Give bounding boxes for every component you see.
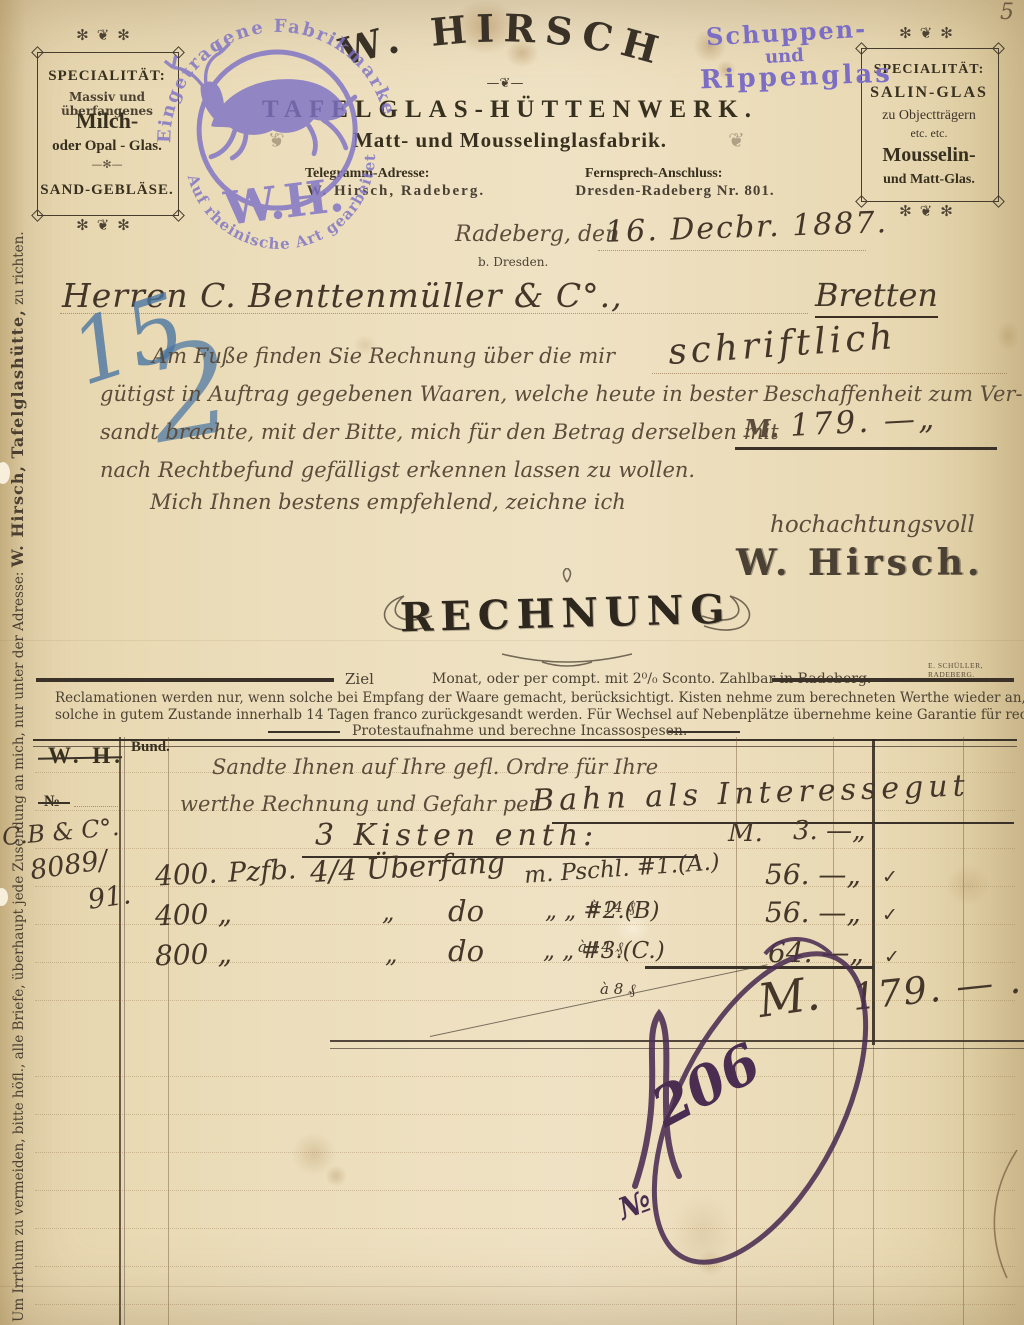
oval-number: 206 [640, 1030, 770, 1140]
sidebar-note-company: W. Hirsch, Tafelglashütte, [8, 309, 27, 567]
terms-ziel: Ziel [345, 670, 374, 688]
ship-line1: Sandte Ihnen auf Ihre gefl. Ordre für Ih… [212, 755, 658, 779]
row3-qty: 800 „ [154, 937, 232, 973]
no-ruling [74, 806, 118, 807]
row2-detail: „ „ #2.(B) [545, 898, 660, 924]
row3-size: do [448, 934, 484, 968]
sidebar-address-note: Um Irrthum zu vermeiden, bitte höfl., al… [8, 262, 27, 1322]
dateline-handwritten: 16. Decbr. 1887. [604, 205, 888, 250]
flourish-right-icon: ❦ [728, 128, 745, 152]
sidebar-note-prefix: Um Irrthum zu vermeiden, bitte höfl., al… [11, 567, 27, 1322]
recipient-city: Bretten [815, 276, 938, 318]
letter-line1-ruling [652, 373, 1007, 374]
letter-line5: Mich Ihnen bestens empfehlend, zeichne i… [150, 490, 626, 514]
paper-nick [0, 888, 8, 906]
row2-qty: 400 „ [154, 897, 232, 933]
ship-mode-underline [552, 822, 1014, 824]
paper-stain [992, 314, 1024, 358]
factory-stamp: Eingetragene Fabrikmarke Auf rheinische … [134, 0, 423, 277]
letter-closing: hochachtungsvoll [770, 512, 975, 538]
ornament-under-name: —❦— [440, 76, 570, 91]
table-column-line [168, 737, 169, 1325]
dateline-printed: Radeberg, den [455, 222, 619, 247]
specialty-right-line4: Mousselin- [864, 144, 994, 167]
row1-qty: 400. [154, 856, 218, 892]
row3-unit: „ [385, 940, 397, 968]
purple-oval-annotation: 206 № [595, 928, 955, 1293]
terms-line2: Reclamationen werden nur, wenn solche be… [55, 690, 1024, 706]
terms-line3: solche in gutem Zustande innerhalb 14 Ta… [55, 707, 1024, 723]
paper-stain [320, 1160, 352, 1192]
terms-rule-right [772, 678, 1014, 682]
invoice-document: ✻❦✻ SPECIALITÄT: Massiv und überfangenes… [0, 0, 1024, 1325]
paper-stain [936, 856, 1000, 914]
row1-checkmark-icon: ✓ [882, 866, 898, 888]
letter-line1: Am Fuße finden Sie Rechnung über die mir [152, 344, 615, 368]
phone-value: Dresden-Radeberg Nr. 801. [560, 183, 790, 200]
letter-amount-handwritten: 179. —„ [789, 400, 938, 444]
terms-line4-dash-left [268, 731, 340, 733]
specialty-right-line3: etc. etc. [864, 126, 994, 141]
letter-amount-underline [735, 447, 997, 450]
column-header-bund: Bund. [131, 739, 170, 756]
dateline-ruling [598, 250, 866, 251]
row2-size: do [448, 894, 484, 928]
printer-credit: E. SCHÜLLER, RADEBERG. [928, 661, 1024, 679]
row1-amount: 56. —„ [765, 858, 861, 891]
no-strike-line [38, 802, 70, 804]
phone-label: Fernsprech-Anschluss: [585, 166, 722, 182]
letter-line1-handwritten: schriftlich [667, 316, 898, 373]
pen-flourish [985, 1150, 1024, 1280]
kisten-amount: 3. —„ [793, 816, 866, 846]
margin-order-number: 91. [86, 879, 133, 916]
row2-checkmark-icon: ✓ [882, 904, 898, 926]
margin-order-number: 8089/ [28, 845, 109, 887]
table-top-rule [33, 739, 1017, 747]
page-number: 5 [1000, 0, 1014, 25]
table-column-line [119, 737, 121, 1325]
letter-line4: nach Rechtbefund gefälligst erkennen las… [100, 458, 695, 482]
ledger-line [35, 1304, 1015, 1305]
ornament-right-top: ✻❦✻ [862, 24, 998, 42]
oval-flourish: № [612, 1183, 656, 1228]
terms-rule-left [36, 678, 334, 682]
sidebar-note-suffix: zu richten. [11, 231, 27, 309]
row2-unit: „ [382, 898, 394, 926]
letter-line3: sandt brachte, mit der Bitte, mich für d… [100, 420, 779, 444]
invoice-heading: RECHNUNG [399, 586, 730, 642]
specialty-right-line2: zu Objectträgern [864, 108, 994, 124]
row1-unit: Pzfb. [227, 854, 297, 889]
table-column-line [124, 737, 125, 1325]
row2-amount: 56. —„ [765, 896, 861, 929]
ornament-left-bottom: ✻❦✻ [38, 216, 176, 234]
table-column-line [963, 737, 964, 1325]
terms-line4: Protestaufnahme und berechne Incassospes… [352, 723, 687, 739]
terms-line4-dash-right [668, 731, 740, 733]
letter-line3-currency: M. [744, 414, 779, 443]
ship-line2: werthe Rechnung und Gefahr per [180, 792, 539, 816]
kisten-currency: M. [728, 818, 763, 848]
specialty-right-line5: und Matt-Glas. [864, 172, 994, 188]
dateline-sub: b. Dresden. [478, 255, 548, 269]
